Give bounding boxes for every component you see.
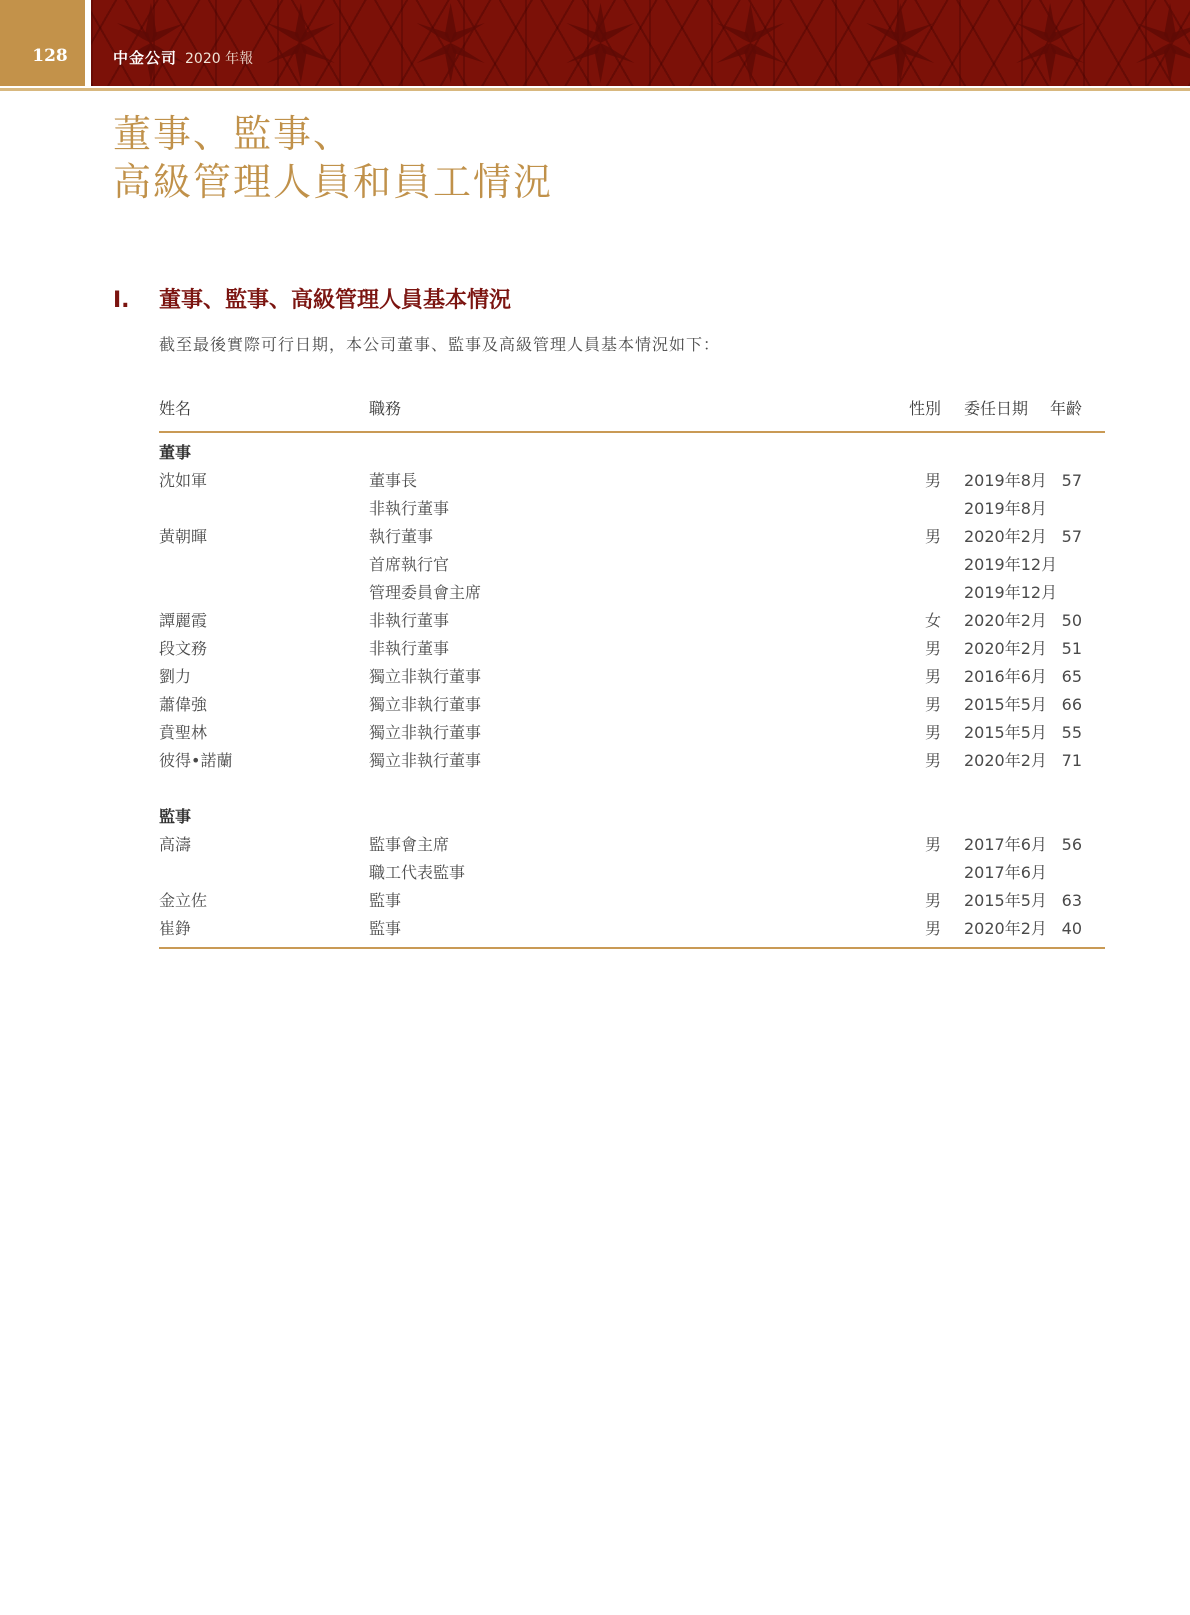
intro-text: 截至最後實際可行日期，本公司董事、監事及高級管理人員基本情況如下： [159, 332, 720, 355]
cell-date: 2015年5月 [964, 719, 1190, 747]
cell-gender: 男 [759, 915, 941, 943]
table-row: 職工代表監事 2017年6月 [159, 859, 1105, 887]
table-row: 金立佐 監事 男 63 2015年5月 [159, 887, 1105, 915]
page-header: 128 中金公司2020 年報 [0, 0, 1190, 92]
column-header-gender: 性別 [759, 395, 941, 423]
cell-gender: 男 [759, 523, 941, 551]
table-row: 崔錚 監事 男 40 2020年2月 [159, 915, 1105, 943]
page-number: 128 [0, 46, 100, 66]
cell-position: 監事 [369, 915, 401, 943]
directors-table: 姓名 職務 性別 年齡 委任日期 董事 沈如軍 董事長 男 57 2019年8月… [159, 395, 1105, 949]
group-label-directors: 董事 [159, 439, 1105, 467]
table-row: 首席執行官 2019年12月 [159, 551, 1105, 579]
cell-date: 2020年2月 [964, 915, 1190, 943]
cell-gender: 男 [759, 691, 941, 719]
cell-position: 獨立非執行董事 [369, 663, 481, 691]
cell-date: 2017年6月 [964, 831, 1190, 859]
table-row: 譚麗霞 非執行董事 女 50 2020年2月 [159, 607, 1105, 635]
cell-date: 2017年6月 [964, 859, 1190, 887]
cell-date: 2020年2月 [964, 635, 1190, 663]
column-header-date: 委任日期 [964, 395, 1190, 423]
page-title: 董事、監事、 高級管理人員和員工情況 [113, 110, 553, 206]
table-row: 管理委員會主席 2019年12月 [159, 579, 1105, 607]
cell-date: 2020年2月 [964, 523, 1190, 551]
cell-name: 崔錚 [159, 915, 191, 943]
cell-name: 黃朝暉 [159, 523, 207, 551]
table-row: 劉力 獨立非執行董事 男 65 2016年6月 [159, 663, 1105, 691]
cell-position: 管理委員會主席 [369, 579, 481, 607]
table-row: 沈如軍 董事長 男 57 2019年8月 [159, 467, 1105, 495]
cell-name: 彼得•諾蘭 [159, 747, 232, 775]
cell-date: 2016年6月 [964, 663, 1190, 691]
asanoha-pattern-icon [91, 0, 1190, 86]
cell-date: 2015年5月 [964, 691, 1190, 719]
decorative-banner [91, 0, 1190, 86]
page-title-line2: 高級管理人員和員工情況 [113, 158, 553, 206]
cell-name: 譚麗霞 [159, 607, 207, 635]
cell-name: 劉力 [159, 663, 191, 691]
table-row: 黃朝暉 執行董事 男 57 2020年2月 [159, 523, 1105, 551]
table-bottom-rule [159, 947, 1105, 949]
cell-name: 段文務 [159, 635, 207, 663]
cell-gender: 男 [759, 719, 941, 747]
cell-date: 2020年2月 [964, 747, 1190, 775]
cell-position: 職工代表監事 [369, 859, 465, 887]
table-row: 非執行董事 2019年8月 [159, 495, 1105, 523]
section-heading: I.董事、監事、高級管理人員基本情況 [113, 283, 511, 314]
table-row: 高濤 監事會主席 男 56 2017年6月 [159, 831, 1105, 859]
cell-gender: 女 [759, 607, 941, 635]
cell-name: 沈如軍 [159, 467, 207, 495]
page-number-box [0, 0, 85, 86]
group-label-supervisors: 監事 [159, 803, 1105, 831]
section-title: 董事、監事、高級管理人員基本情況 [159, 288, 511, 313]
table-header: 姓名 職務 性別 年齡 委任日期 [159, 395, 1105, 433]
page-title-line1: 董事、監事、 [113, 110, 553, 158]
table-row: 賁聖林 獨立非執行董事 男 55 2015年5月 [159, 719, 1105, 747]
cell-gender: 男 [759, 467, 941, 495]
cell-date: 2019年8月 [964, 467, 1190, 495]
cell-position: 董事長 [369, 467, 417, 495]
report-name: 2020 年報 [185, 51, 253, 67]
cell-name: 賁聖林 [159, 719, 207, 747]
cell-position: 執行董事 [369, 523, 433, 551]
cell-date: 2020年2月 [964, 607, 1190, 635]
table-row: 彼得•諾蘭 獨立非執行董事 男 71 2020年2月 [159, 747, 1105, 775]
section-number: I. [113, 288, 159, 313]
cell-gender: 男 [759, 663, 941, 691]
cell-position: 非執行董事 [369, 635, 449, 663]
cell-date: 2019年12月 [964, 579, 1190, 607]
cell-date: 2019年12月 [964, 551, 1190, 579]
group-spacer [159, 775, 1105, 803]
group-label: 監事 [159, 803, 191, 831]
report-title: 中金公司2020 年報 [113, 47, 253, 68]
cell-date: 2019年8月 [964, 495, 1190, 523]
cell-name: 高濤 [159, 831, 191, 859]
table-row: 蕭偉強 獨立非執行董事 男 66 2015年5月 [159, 691, 1105, 719]
cell-position: 非執行董事 [369, 607, 449, 635]
header-rule [0, 88, 1190, 91]
column-header-name: 姓名 [159, 395, 191, 423]
cell-position: 非執行董事 [369, 495, 449, 523]
cell-position: 監事會主席 [369, 831, 449, 859]
group-label: 董事 [159, 439, 191, 467]
cell-gender: 男 [759, 747, 941, 775]
cell-position: 監事 [369, 887, 401, 915]
cell-position: 獨立非執行董事 [369, 691, 481, 719]
cell-position: 獨立非執行董事 [369, 719, 481, 747]
cell-position: 首席執行官 [369, 551, 449, 579]
table-row: 段文務 非執行董事 男 51 2020年2月 [159, 635, 1105, 663]
column-header-position: 職務 [369, 395, 401, 423]
cell-gender: 男 [759, 831, 941, 859]
cell-name: 蕭偉強 [159, 691, 207, 719]
cell-position: 獨立非執行董事 [369, 747, 481, 775]
cell-date: 2015年5月 [964, 887, 1190, 915]
company-name: 中金公司 [113, 49, 177, 67]
cell-gender: 男 [759, 887, 941, 915]
cell-gender: 男 [759, 635, 941, 663]
cell-name: 金立佐 [159, 887, 207, 915]
